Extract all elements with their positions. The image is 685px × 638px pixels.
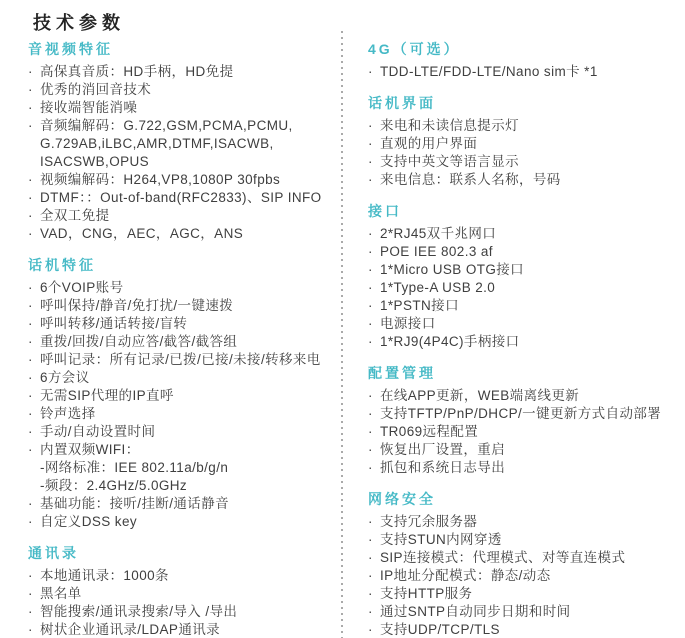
bullet-dot: · — [368, 171, 380, 189]
spec-text: 本地通讯录：1000条 — [40, 567, 169, 585]
bullet-dot: · — [368, 387, 380, 405]
spec-line: ·6方会议 — [28, 369, 341, 387]
spec-line: ·1*PSTN接口 — [368, 297, 685, 315]
bullet-dot: · — [28, 585, 40, 603]
spec-line: ·支持TFTP/PnP/DHCP/一键更新方式自动部署 — [368, 405, 685, 423]
page-title: 技术参数 — [0, 0, 685, 31]
spec-text: TR069远程配置 — [380, 423, 478, 441]
section-heading: 网络安全 — [368, 490, 685, 508]
spec-text: G.729AB,iLBC,AMR,DTMF,ISACWB, — [40, 135, 274, 153]
section-heading: 4G（可选） — [368, 40, 685, 58]
spec-text: 1*Type-A USB 2.0 — [380, 279, 495, 297]
section-heading: 配置管理 — [368, 364, 685, 382]
spec-line: ·音频编解码：G.722,GSM,PCMA,PCMU, — [28, 117, 341, 135]
spec-text: 1*Micro USB OTG接口 — [380, 261, 524, 279]
spec-text: 支持TFTP/PnP/DHCP/一键更新方式自动部署 — [380, 405, 661, 423]
bullet-dot: · — [368, 441, 380, 459]
bullet-dot: · — [368, 603, 380, 621]
bullet-dot: · — [368, 405, 380, 423]
bullet-dot: · — [28, 189, 40, 207]
bullet-dot: · — [28, 351, 40, 369]
spec-line: ·接收端智能消噪 — [28, 99, 341, 117]
spec-text: 基础功能：接听/挂断/通话静音 — [40, 495, 229, 513]
bullet-dot: · — [28, 621, 40, 638]
spec-text: 抓包和系统日志导出 — [380, 459, 505, 477]
spec-text: 6个VOIP账号 — [40, 279, 123, 297]
spec-list: ·在线APP更新，WEB端离线更新·支持TFTP/PnP/DHCP/一键更新方式… — [368, 387, 685, 477]
spec-line: ·支持UDP/TCP/TLS — [368, 621, 685, 638]
bullet-dot: · — [368, 117, 380, 135]
bullet-dot: · — [28, 279, 40, 297]
spec-line: ·呼叫转移/通话转接/盲转 — [28, 315, 341, 333]
spec-line: ·电源接口 — [368, 315, 685, 333]
bullet-dot: · — [28, 423, 40, 441]
spec-text: 自定义DSS key — [40, 513, 137, 531]
spec-text: POE IEE 802.3 af — [380, 243, 493, 261]
spec-text: 树状企业通讯录/LDAP通讯录 — [40, 621, 220, 638]
spec-line: ·无需SIP代理的IP直呼 — [28, 387, 341, 405]
spec-line: ·SIP连接模式：代理模式、对等直连模式 — [368, 549, 685, 567]
bullet-dot: · — [28, 99, 40, 117]
spec-text: 通过SNTP自动同步日期和时间 — [380, 603, 571, 621]
spec-text: 手动/自动设置时间 — [40, 423, 155, 441]
spec-line: ·铃声选择 — [28, 405, 341, 423]
columns-container: 音视频特征·高保真音质：HD手柄，HD免提·优秀的消回音技术·接收端智能消噪·音… — [0, 31, 685, 638]
spec-text: 在线APP更新，WEB端离线更新 — [380, 387, 579, 405]
spec-text: VAD，CNG，AEC，AGC，ANS — [40, 225, 243, 243]
spec-text: 黑名单 — [40, 585, 82, 603]
bullet-dot: · — [368, 567, 380, 585]
bullet-dot: · — [28, 117, 40, 135]
spec-text: SIP连接模式：代理模式、对等直连模式 — [380, 549, 625, 567]
spec-list: ·本地通讯录：1000条·黑名单·智能搜索/通讯录搜索/导入 /导出·树状企业通… — [28, 567, 341, 638]
spec-text: 重拨/回拨/自动应答/截答/截答组 — [40, 333, 237, 351]
bullet-dot: · — [28, 369, 40, 387]
spec-text: 来电信息：联系人名称，号码 — [380, 171, 561, 189]
spec-line: ·TDD-LTE/FDD-LTE/Nano sim卡 *1 — [368, 63, 685, 81]
section-heading: 话机特征 — [28, 256, 341, 274]
spec-line: ·树状企业通讯录/LDAP通讯录 — [28, 621, 341, 638]
spec-line: ·自定义DSS key — [28, 513, 341, 531]
spec-text: 6方会议 — [40, 369, 90, 387]
spec-text: 音频编解码：G.722,GSM,PCMA,PCMU, — [40, 117, 293, 135]
bullet-dot: · — [28, 315, 40, 333]
bullet-dot: · — [28, 567, 40, 585]
spec-text: 优秀的消回音技术 — [40, 81, 151, 99]
spec-text: -频段：2.4GHz/5.0GHz — [40, 477, 187, 495]
spec-line: ·内置双频WIFI： — [28, 441, 341, 459]
section-heading: 接口 — [368, 202, 685, 220]
spec-text: 内置双频WIFI： — [40, 441, 140, 459]
spec-text: ISACSWB,OPUS — [40, 153, 149, 171]
bullet-dot: · — [368, 513, 380, 531]
spec-sheet-page: 技术参数 音视频特征·高保真音质：HD手柄，HD免提·优秀的消回音技术·接收端智… — [0, 0, 685, 638]
spec-text: 1*RJ9(4P4C)手柄接口 — [380, 333, 520, 351]
spec-line-continuation: G.729AB,iLBC,AMR,DTMF,ISACWB, — [28, 135, 341, 153]
spec-line: ·高保真音质：HD手柄，HD免提 — [28, 63, 341, 81]
spec-text: 呼叫记录：所有记录/已拨/已接/未接/转移来电 — [40, 351, 321, 369]
spec-line: ·黑名单 — [28, 585, 341, 603]
spec-line: ·1*RJ9(4P4C)手柄接口 — [368, 333, 685, 351]
spec-line-continuation: -网络标准：IEE 802.11a/b/g/n — [28, 459, 341, 477]
bullet-dot: · — [28, 405, 40, 423]
spec-text: 支持中英文等语言显示 — [380, 153, 519, 171]
bullet-dot: · — [368, 549, 380, 567]
spec-line: ·全双工免提 — [28, 207, 341, 225]
bullet-dot: · — [28, 387, 40, 405]
bullet-dot: · — [368, 315, 380, 333]
spec-text: 直观的用户界面 — [380, 135, 477, 153]
spec-list: ·支持冗余服务器·支持STUN内网穿透·SIP连接模式：代理模式、对等直连模式·… — [368, 513, 685, 638]
spec-line: ·呼叫保持/静音/免打扰/一键速拨 — [28, 297, 341, 315]
spec-text: 支持UDP/TCP/TLS — [380, 621, 500, 638]
spec-line: ·支持STUN内网穿透 — [368, 531, 685, 549]
right-column: 4G（可选）·TDD-LTE/FDD-LTE/Nano sim卡 *1话机界面·… — [343, 31, 685, 638]
spec-line: ·基础功能：接听/挂断/通话静音 — [28, 495, 341, 513]
spec-text: 呼叫保持/静音/免打扰/一键速拨 — [40, 297, 233, 315]
spec-line: ·智能搜索/通讯录搜索/导入 /导出 — [28, 603, 341, 621]
left-column: 音视频特征·高保真音质：HD手柄，HD免提·优秀的消回音技术·接收端智能消噪·音… — [0, 31, 341, 638]
spec-list: ·2*RJ45双千兆网口·POE IEE 802.3 af·1*Micro US… — [368, 225, 685, 351]
spec-line: ·6个VOIP账号 — [28, 279, 341, 297]
spec-text: 无需SIP代理的IP直呼 — [40, 387, 174, 405]
spec-line: ·DTMF：：Out-of-band(RFC2833)、SIP INFO — [28, 189, 341, 207]
spec-line: ·POE IEE 802.3 af — [368, 243, 685, 261]
spec-text: 高保真音质：HD手柄，HD免提 — [40, 63, 234, 81]
spec-text: 2*RJ45双千兆网口 — [380, 225, 496, 243]
spec-list: ·TDD-LTE/FDD-LTE/Nano sim卡 *1 — [368, 63, 685, 81]
spec-line: ·TR069远程配置 — [368, 423, 685, 441]
spec-line: ·来电信息：联系人名称，号码 — [368, 171, 685, 189]
bullet-dot: · — [368, 243, 380, 261]
spec-text: 呼叫转移/通话转接/盲转 — [40, 315, 187, 333]
spec-list: ·6个VOIP账号·呼叫保持/静音/免打扰/一键速拨·呼叫转移/通话转接/盲转·… — [28, 279, 341, 531]
bullet-dot: · — [368, 225, 380, 243]
spec-line: ·支持冗余服务器 — [368, 513, 685, 531]
spec-line: ·本地通讯录：1000条 — [28, 567, 341, 585]
spec-line: ·IP地址分配模式：静态/动态 — [368, 567, 685, 585]
spec-line: ·优秀的消回音技术 — [28, 81, 341, 99]
spec-line: ·支持中英文等语言显示 — [368, 153, 685, 171]
bullet-dot: · — [368, 621, 380, 638]
bullet-dot: · — [28, 495, 40, 513]
bullet-dot: · — [368, 423, 380, 441]
bullet-dot: · — [368, 63, 380, 81]
spec-text: 支持冗余服务器 — [380, 513, 477, 531]
spec-text: 来电和未读信息提示灯 — [380, 117, 519, 135]
bullet-dot: · — [368, 279, 380, 297]
spec-line: ·1*Micro USB OTG接口 — [368, 261, 685, 279]
spec-text: IP地址分配模式：静态/动态 — [380, 567, 551, 585]
bullet-dot: · — [368, 135, 380, 153]
spec-text: 视频编解码：H264,VP8,1080P 30fpbs — [40, 171, 280, 189]
spec-text: 支持HTTP服务 — [380, 585, 472, 603]
bullet-dot: · — [28, 207, 40, 225]
spec-text: -网络标准：IEE 802.11a/b/g/n — [40, 459, 228, 477]
bullet-dot: · — [28, 63, 40, 81]
spec-line: ·通过SNTP自动同步日期和时间 — [368, 603, 685, 621]
bullet-dot: · — [368, 261, 380, 279]
bullet-dot: · — [368, 585, 380, 603]
spec-list: ·来电和未读信息提示灯·直观的用户界面·支持中英文等语言显示·来电信息：联系人名… — [368, 117, 685, 189]
bullet-dot: · — [28, 513, 40, 531]
spec-line: ·1*Type-A USB 2.0 — [368, 279, 685, 297]
bullet-dot: · — [368, 333, 380, 351]
bullet-dot: · — [28, 441, 40, 459]
spec-line: ·视频编解码：H264,VP8,1080P 30fpbs — [28, 171, 341, 189]
spec-line: ·直观的用户界面 — [368, 135, 685, 153]
spec-text: 恢复出厂设置，重启 — [380, 441, 505, 459]
bullet-dot: · — [368, 459, 380, 477]
spec-text: TDD-LTE/FDD-LTE/Nano sim卡 *1 — [380, 63, 598, 81]
bullet-dot: · — [28, 171, 40, 189]
spec-line: ·抓包和系统日志导出 — [368, 459, 685, 477]
section-heading: 通讯录 — [28, 544, 341, 562]
bullet-dot: · — [28, 333, 40, 351]
spec-text: DTMF：：Out-of-band(RFC2833)、SIP INFO — [40, 189, 322, 207]
bullet-dot: · — [28, 81, 40, 99]
spec-line: ·呼叫记录：所有记录/已拨/已接/未接/转移来电 — [28, 351, 341, 369]
spec-line: ·支持HTTP服务 — [368, 585, 685, 603]
spec-text: 智能搜索/通讯录搜索/导入 /导出 — [40, 603, 237, 621]
spec-line: ·恢复出厂设置，重启 — [368, 441, 685, 459]
section-heading: 音视频特征 — [28, 40, 341, 58]
spec-text: 接收端智能消噪 — [40, 99, 137, 117]
spec-text: 支持STUN内网穿透 — [380, 531, 502, 549]
spec-line: ·2*RJ45双千兆网口 — [368, 225, 685, 243]
bullet-dot: · — [368, 297, 380, 315]
bullet-dot: · — [28, 225, 40, 243]
spec-line-continuation: ISACSWB,OPUS — [28, 153, 341, 171]
bullet-dot: · — [368, 153, 380, 171]
spec-text: 1*PSTN接口 — [380, 297, 459, 315]
spec-line: ·重拨/回拨/自动应答/截答/截答组 — [28, 333, 341, 351]
spec-text: 全双工免提 — [40, 207, 110, 225]
spec-line-continuation: -频段：2.4GHz/5.0GHz — [28, 477, 341, 495]
spec-line: ·VAD，CNG，AEC，AGC，ANS — [28, 225, 341, 243]
spec-text: 铃声选择 — [40, 405, 96, 423]
spec-line: ·在线APP更新，WEB端离线更新 — [368, 387, 685, 405]
section-heading: 话机界面 — [368, 94, 685, 112]
bullet-dot: · — [28, 603, 40, 621]
spec-list: ·高保真音质：HD手柄，HD免提·优秀的消回音技术·接收端智能消噪·音频编解码：… — [28, 63, 341, 243]
spec-text: 电源接口 — [380, 315, 436, 333]
bullet-dot: · — [28, 297, 40, 315]
bullet-dot: · — [368, 531, 380, 549]
spec-line: ·来电和未读信息提示灯 — [368, 117, 685, 135]
spec-line: ·手动/自动设置时间 — [28, 423, 341, 441]
